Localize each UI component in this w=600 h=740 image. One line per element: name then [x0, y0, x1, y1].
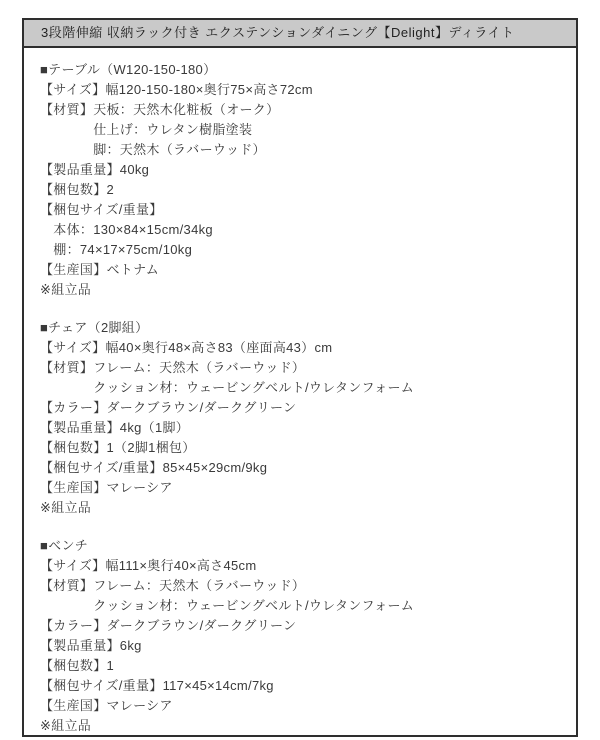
- section-heading-bench: ■ベンチ: [40, 536, 560, 556]
- spec-line: 【梱包数】1（2脚1梱包）: [40, 438, 560, 458]
- spec-line: 本体：130×84×15cm/34kg: [40, 220, 560, 240]
- spec-line: クッション材：ウェービングベルト/ウレタンフォーム: [40, 596, 560, 616]
- section-heading-chair: ■チェア（2脚組）: [40, 318, 560, 338]
- spec-line: 【カラー】ダークブラウン/ダークグリーン: [40, 398, 560, 418]
- page: 3段階伸縮 収納ラック付き エクステンションダイニング【Delight】ディライ…: [0, 0, 600, 740]
- spec-line: ※組立品: [40, 280, 560, 300]
- spec-line: 【製品重量】4kg（1脚）: [40, 418, 560, 438]
- spec-section-bench: ■ベンチ 【サイズ】幅111×奥行40×高さ45cm 【材質】フレーム：天然木（…: [40, 536, 560, 736]
- spec-line: 【梱包サイズ/重量】117×45×14cm/7kg: [40, 676, 560, 696]
- spec-line: 【梱包数】1: [40, 656, 560, 676]
- spec-line: クッション材：ウェービングベルト/ウレタンフォーム: [40, 378, 560, 398]
- spec-line: ※組立品: [40, 498, 560, 518]
- spec-line: 【カラー】ダークブラウン/ダークグリーン: [40, 616, 560, 636]
- spec-line: 【材質】天板：天然木化粧板（オーク）: [40, 100, 560, 120]
- spec-line: 【梱包数】2: [40, 180, 560, 200]
- spec-header-bar: 3段階伸縮 収納ラック付き エクステンションダイニング【Delight】ディライ…: [24, 20, 576, 48]
- spec-body: ■テーブル（W120-150-180） 【サイズ】幅120-150-180×奥行…: [24, 48, 576, 736]
- spec-panel: 3段階伸縮 収納ラック付き エクステンションダイニング【Delight】ディライ…: [22, 18, 578, 737]
- spec-line: ※組立品: [40, 716, 560, 736]
- spec-line: 脚：天然木（ラバーウッド）: [40, 140, 560, 160]
- spec-line: 【生産国】ベトナム: [40, 260, 560, 280]
- spec-line: 棚：74×17×75cm/10kg: [40, 240, 560, 260]
- spec-line: 【製品重量】40kg: [40, 160, 560, 180]
- spec-line: 【梱包サイズ/重量】: [40, 200, 560, 220]
- section-heading-table: ■テーブル（W120-150-180）: [40, 60, 560, 80]
- spec-line: 【材質】フレーム：天然木（ラバーウッド）: [40, 576, 560, 596]
- spec-line: 【サイズ】幅111×奥行40×高さ45cm: [40, 556, 560, 576]
- spec-line: 【材質】フレーム：天然木（ラバーウッド）: [40, 358, 560, 378]
- spec-line: 【梱包サイズ/重量】85×45×29cm/9kg: [40, 458, 560, 478]
- spec-line: 【生産国】マレーシア: [40, 478, 560, 498]
- spec-section-chair: ■チェア（2脚組） 【サイズ】幅40×奥行48×高さ83（座面高43）cm 【材…: [40, 318, 560, 518]
- spec-title: 3段階伸縮 収納ラック付き エクステンションダイニング【Delight】ディライ…: [41, 25, 515, 40]
- spec-section-table: ■テーブル（W120-150-180） 【サイズ】幅120-150-180×奥行…: [40, 60, 560, 300]
- spec-line: 【サイズ】幅120-150-180×奥行75×高さ72cm: [40, 80, 560, 100]
- spec-line: 【製品重量】6kg: [40, 636, 560, 656]
- spec-line: 【サイズ】幅40×奥行48×高さ83（座面高43）cm: [40, 338, 560, 358]
- spec-line: 仕上げ：ウレタン樹脂塗装: [40, 120, 560, 140]
- spec-line: 【生産国】マレーシア: [40, 696, 560, 716]
